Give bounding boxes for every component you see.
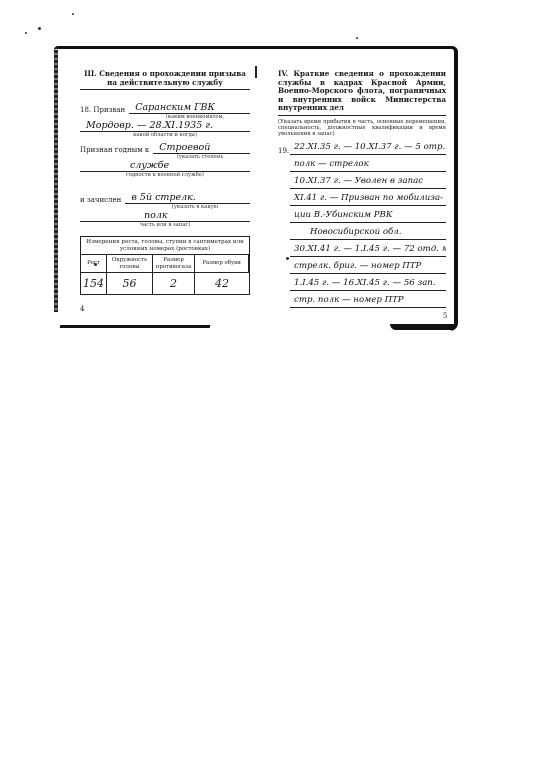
- scan-speck: [25, 32, 27, 34]
- service-entry: 1.I.45 г. — 16.XI.45 г. — 56 зап.: [278, 276, 446, 291]
- fit-for-row-2: службе: [80, 160, 250, 172]
- measurements-table: Измерения роста, головы, ступни в сантим…: [80, 236, 250, 295]
- enlisted-value-2: полк: [80, 210, 250, 222]
- measurements-header: Размер противогаза: [153, 255, 195, 272]
- section-iii-heading: III. Сведения о прохождении призыва на д…: [80, 70, 250, 90]
- measurements-header: Рост: [81, 255, 107, 272]
- section-iv-note: (Указать время прибытия в часть, основны…: [278, 119, 446, 138]
- measurement-height: 154: [81, 273, 107, 294]
- page-number-left: 4: [80, 305, 84, 313]
- left-page: III. Сведения о прохождении призыва на д…: [80, 70, 250, 295]
- section-iv-heading: IV. Краткие сведения о прохождении служб…: [278, 70, 446, 116]
- measurement-shoe-size: 42: [195, 273, 249, 294]
- fit-for-value: Строевой: [153, 142, 250, 154]
- enlisted-hint-2: часть или в запас): [80, 222, 250, 228]
- fit-for-value-2: службе: [80, 160, 250, 172]
- measurement-gas-mask-size: 2: [153, 273, 195, 294]
- service-entry: 10.XI.37 г. — Уволен в запас: [278, 174, 446, 189]
- enlisted-value: в 5й стрелк.: [125, 192, 250, 204]
- spread-bottom-edge: [390, 324, 456, 330]
- measurements-title: Измерения роста, головы, ступни в сантим…: [81, 237, 249, 255]
- fit-for-hint-2: годности к военной службе): [80, 172, 250, 178]
- right-page: IV. Краткие сведения о прохождении служб…: [278, 70, 446, 308]
- spread-left-edge: [54, 50, 58, 312]
- scan-speck: [38, 27, 41, 30]
- service-entry: полк — стрелок: [278, 157, 446, 172]
- enlisted-row: и зачислен в 5й стрелк.: [80, 192, 250, 204]
- called-up-row: 18. Призван Саранским ГВК: [80, 102, 250, 114]
- service-entry: Новосибирской обл.: [278, 225, 446, 240]
- scan-speck: [356, 37, 358, 39]
- scan-speck: [72, 13, 74, 15]
- fit-for-row: Признан годным к Строевой: [80, 142, 250, 154]
- enlisted-row-2: полк: [80, 210, 250, 222]
- called-up-label: 18. Призван: [80, 106, 125, 114]
- measurement-head-circumference: 56: [107, 273, 153, 294]
- service-entry: 30.XI.41 г. — 1.I.45 г. — 72 отд. мор.: [278, 242, 446, 257]
- page-gutter: [255, 66, 257, 78]
- service-entry: стрелк. бриг. — номер ПТР: [278, 259, 446, 274]
- service-entry: XI.41 г. — Призван по мобилиза-: [278, 191, 446, 206]
- measurements-header: Размер обуви: [195, 255, 249, 272]
- measurements-header: Окружность головы: [107, 255, 153, 272]
- called-up-hint-2: какой области и когда): [80, 132, 250, 138]
- page-number-right: 5: [443, 312, 447, 320]
- fit-for-label: Признан годным к: [80, 146, 149, 154]
- called-up-value: Саранским ГВК: [129, 102, 250, 114]
- spread-bottom-edge: [60, 325, 211, 328]
- service-entry: 19. 22.XI.35 г. — 10.XI.37 г. — 5 отр.: [278, 140, 446, 155]
- called-up-region-date: Мордовр. — 28.XI.1935 г.: [80, 120, 250, 132]
- enlisted-label: и зачислен: [80, 196, 121, 204]
- measurements-grid: Рост Окружность головы Размер противогаз…: [81, 255, 249, 293]
- service-entry: стр. полк — номер ПТР: [278, 293, 446, 308]
- entry-number: 19.: [278, 147, 288, 155]
- called-up-row-2: Мордовр. — 28.XI.1935 г.: [80, 120, 250, 132]
- service-entry: ции В.-Убинским РВК: [278, 208, 446, 223]
